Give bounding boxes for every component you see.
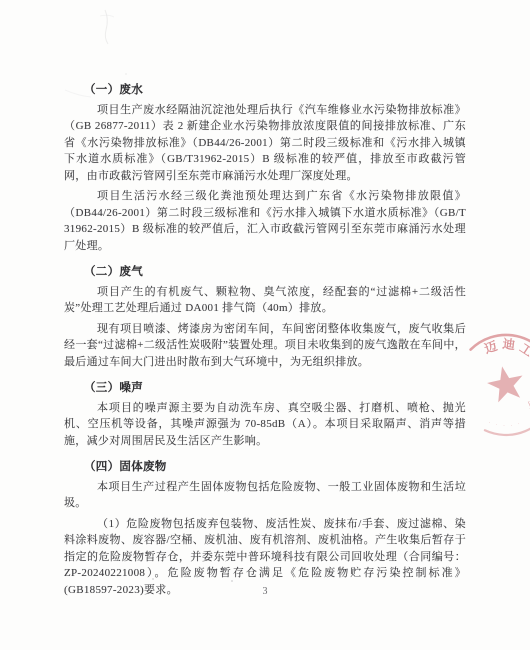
document-content: （一）废水 项目生产废水经隔油沉淀池处理后执行《汽车维修业水污染物排放标准》（G…	[64, 72, 466, 602]
star-icon	[484, 363, 527, 404]
paragraph: 本项目的噪声源主要为自动洗车房、真空吸尘器、打磨机、喷枪、抛光机、空压机等设备，…	[64, 400, 466, 450]
scan-speck	[231, 580, 233, 582]
section-wastewater: （一）废水 项目生产废水经隔油沉淀池处理后执行《汽车维修业水污染物排放标准》（G…	[64, 82, 466, 254]
section-solid-waste: （四）固体废物 本项目生产过程产生固体废物包括危险废物、一般工业固体废物和生活垃…	[64, 459, 466, 598]
seal-outline-top-arc	[471, 335, 530, 368]
seal-partial-char: 旦	[526, 398, 530, 411]
paragraph: 本项目生产过程产生固体废物包括危险废物、一般工业固体废物和生活垃圾。	[64, 479, 466, 512]
svg-text:迈迪工: 迈迪工	[481, 336, 530, 362]
paragraph: 项目生活污水经三级化粪池预处理达到广东省《水污染物排放限值》（DB44/26-2…	[64, 188, 466, 254]
seal-bottom-text: ﹒﹒﹒﹒﹒	[486, 418, 524, 428]
section-heading: （四）固体废物	[64, 459, 466, 476]
paragraph: 项目产生的有机废气、颗粒物、臭气浓度，经配套的“过滤棉+二级活性炭”处理工艺处理…	[64, 284, 466, 317]
section-noise: （三）噪声 本项目的噪声源主要为自动洗车房、真空吸尘器、打磨机、喷枪、抛光机、空…	[64, 380, 466, 449]
document-page: （一）废水 项目生产废水经隔油沉淀池处理后执行《汽车维修业水污染物排放标准》（G…	[0, 0, 530, 650]
paragraph: 项目生产废水经隔油沉淀池处理后执行《汽车维修业水污染物排放标准》（GB 2687…	[64, 102, 466, 185]
section-heading: （二）废气	[64, 264, 466, 281]
paragraph: 现有项目喷漆、烤漆房为密闭车间，车间密闭整体收集废气，废气收集后经一套“过滤棉+…	[64, 321, 466, 371]
scan-speck	[152, 578, 154, 580]
svg-text:﹒﹒﹒﹒﹒: ﹒﹒﹒﹒﹒	[486, 418, 524, 428]
section-exhaust-gas: （二）废气 项目产生的有机废气、颗粒物、臭气浓度，经配套的“过滤棉+二级活性炭”…	[64, 264, 466, 370]
section-heading: （三）噪声	[64, 380, 466, 397]
seal-arc-text: 迈迪工	[481, 336, 530, 362]
page-number: 3	[0, 586, 530, 597]
seal-outline-bottom-arc	[485, 402, 530, 435]
section-heading: （一）废水	[64, 82, 466, 99]
